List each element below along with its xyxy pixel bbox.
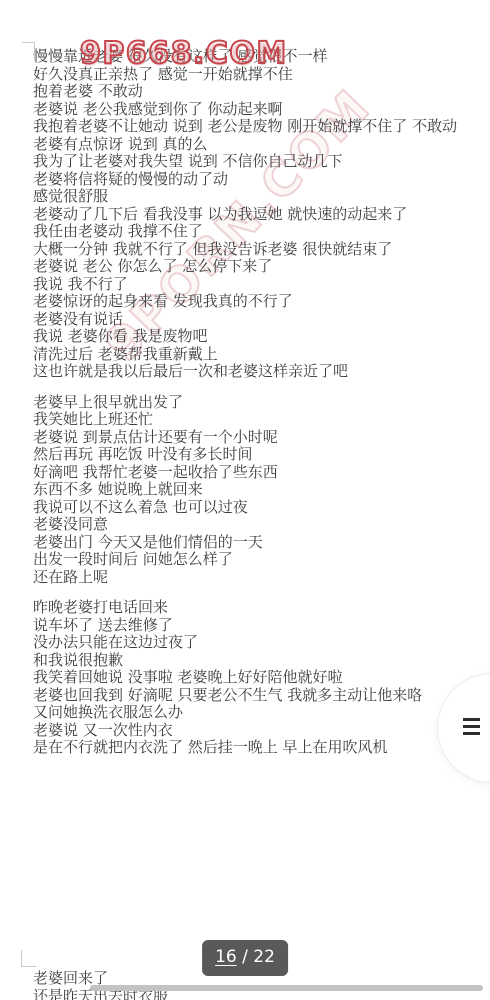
text-line: 东西不多 她说晚上就回来 bbox=[33, 481, 487, 499]
text-body: 慢慢靠近老婆 很久没有这样了 感觉很不一样好久没真正亲热了 感觉一开始就撑不住抱… bbox=[33, 48, 487, 757]
total-pages: 22 bbox=[253, 947, 275, 967]
reader-screen: 9PORN.COM 慢慢靠近老婆 很久没有这样了 感觉很不一样好久没真正亲热了 … bbox=[0, 0, 490, 1000]
text-line: 老婆出门 今天又是他们情侣的一天 bbox=[33, 534, 487, 552]
page-indicator[interactable]: 16 / 22 bbox=[202, 940, 288, 976]
text-line: 老婆将信将疑的慢慢的动了动 bbox=[33, 171, 487, 189]
text-line: 老婆没有说话 bbox=[33, 311, 487, 329]
text-line: 没办法只能在这边过夜了 bbox=[33, 634, 487, 652]
page-divider-bar bbox=[90, 985, 483, 991]
text-line: 出发一段时间后 问她怎么样了 bbox=[33, 551, 487, 569]
text-line: 我说 我不行了 bbox=[33, 276, 487, 294]
text-line: 我说 老婆你看 我是废物吧 bbox=[33, 328, 487, 346]
text-line: 然后再玩 再吃饭 叶没有多长时间 bbox=[33, 446, 487, 464]
text-line: 我抱着老婆不让她动 说到 老公是废物 刚开始就撑不住了 不敢动 bbox=[33, 118, 487, 136]
text-line: 还在路上呢 bbox=[33, 569, 487, 587]
corner-mark-bottom bbox=[21, 950, 36, 967]
paragraph: 老婆早上很早就出发了我笑她比上班还忙老婆说 到景点估计还要有一个小时呢然后再玩 … bbox=[33, 394, 487, 587]
text-line: 老婆没同意 bbox=[33, 516, 487, 534]
text-line: 我笑她比上班还忙 bbox=[33, 411, 487, 429]
text-line: 慢慢靠近老婆 很久没有这样了 感觉很不一样 bbox=[33, 48, 487, 66]
text-line: 是在不行就把内衣洗了 然后挂一晚上 早上在用吹风机 bbox=[33, 739, 487, 757]
text-line: 我任由老婆动 我撑不住了 bbox=[33, 223, 487, 241]
text-line: 老婆有点惊讶 说到 真的么 bbox=[33, 136, 487, 154]
text-line: 和我说很抱歉 bbox=[33, 652, 487, 670]
text-line: 我为了让老婆对我失望 说到 不信你自己动几下 bbox=[33, 153, 487, 171]
text-line: 昨晚老婆打电话回来 bbox=[33, 599, 487, 617]
text-line: 说车坏了 送去维修了 bbox=[33, 617, 487, 635]
text-line: 我笑着回她说 没事啦 老婆晚上好好陪他就好啦 bbox=[33, 669, 487, 687]
current-page: 16 bbox=[215, 947, 237, 967]
text-line: 老婆说 又一次性内衣 bbox=[33, 722, 487, 740]
text-line: 老婆也回我到 好滴呢 只要老公不生气 我就多主动让他来咯 bbox=[33, 687, 487, 705]
text-line: 又问她换洗衣服怎么办 bbox=[33, 704, 487, 722]
text-line: 老婆惊讶的起身来看 发现我真的不行了 bbox=[33, 293, 487, 311]
corner-mark-top bbox=[22, 42, 35, 61]
text-line: 好滴吧 我帮忙老婆一起收拾了些东西 bbox=[33, 464, 487, 482]
page-separator: / bbox=[237, 947, 254, 967]
text-line: 我说可以不这么着急 也可以过夜 bbox=[33, 499, 487, 517]
text-line: 老婆说 老公 你怎么了 怎么停下来了 bbox=[33, 258, 487, 276]
text-line: 老婆动了几下后 看我没事 以为我逗她 就快速的动起来了 bbox=[33, 206, 487, 224]
text-line: 大概一分钟 我就不行了 但我没告诉老婆 很快就结束了 bbox=[33, 241, 487, 259]
text-line: 清洗过后 老婆帮我重新戴上 bbox=[33, 346, 487, 364]
hamburger-icon bbox=[463, 718, 480, 735]
text-line: 好久没真正亲热了 感觉一开始就撑不住 bbox=[33, 66, 487, 84]
text-line: 老婆说 到景点估计还要有一个小时呢 bbox=[33, 429, 487, 447]
text-line: 老婆早上很早就出发了 bbox=[33, 394, 487, 412]
paragraph: 慢慢靠近老婆 很久没有这样了 感觉很不一样好久没真正亲热了 感觉一开始就撑不住抱… bbox=[33, 48, 487, 381]
text-line: 感觉很舒服 bbox=[33, 188, 487, 206]
text-line: 这也许就是我以后最后一次和老婆这样亲近了吧 bbox=[33, 363, 487, 381]
text-line: 老婆说 老公我感觉到你了 你动起来啊 bbox=[33, 101, 487, 119]
text-line: 抱着老婆 不敢动 bbox=[33, 83, 487, 101]
paragraph: 昨晚老婆打电话回来说车坏了 送去维修了没办法只能在这边过夜了和我说很抱歉我笑着回… bbox=[33, 599, 487, 757]
